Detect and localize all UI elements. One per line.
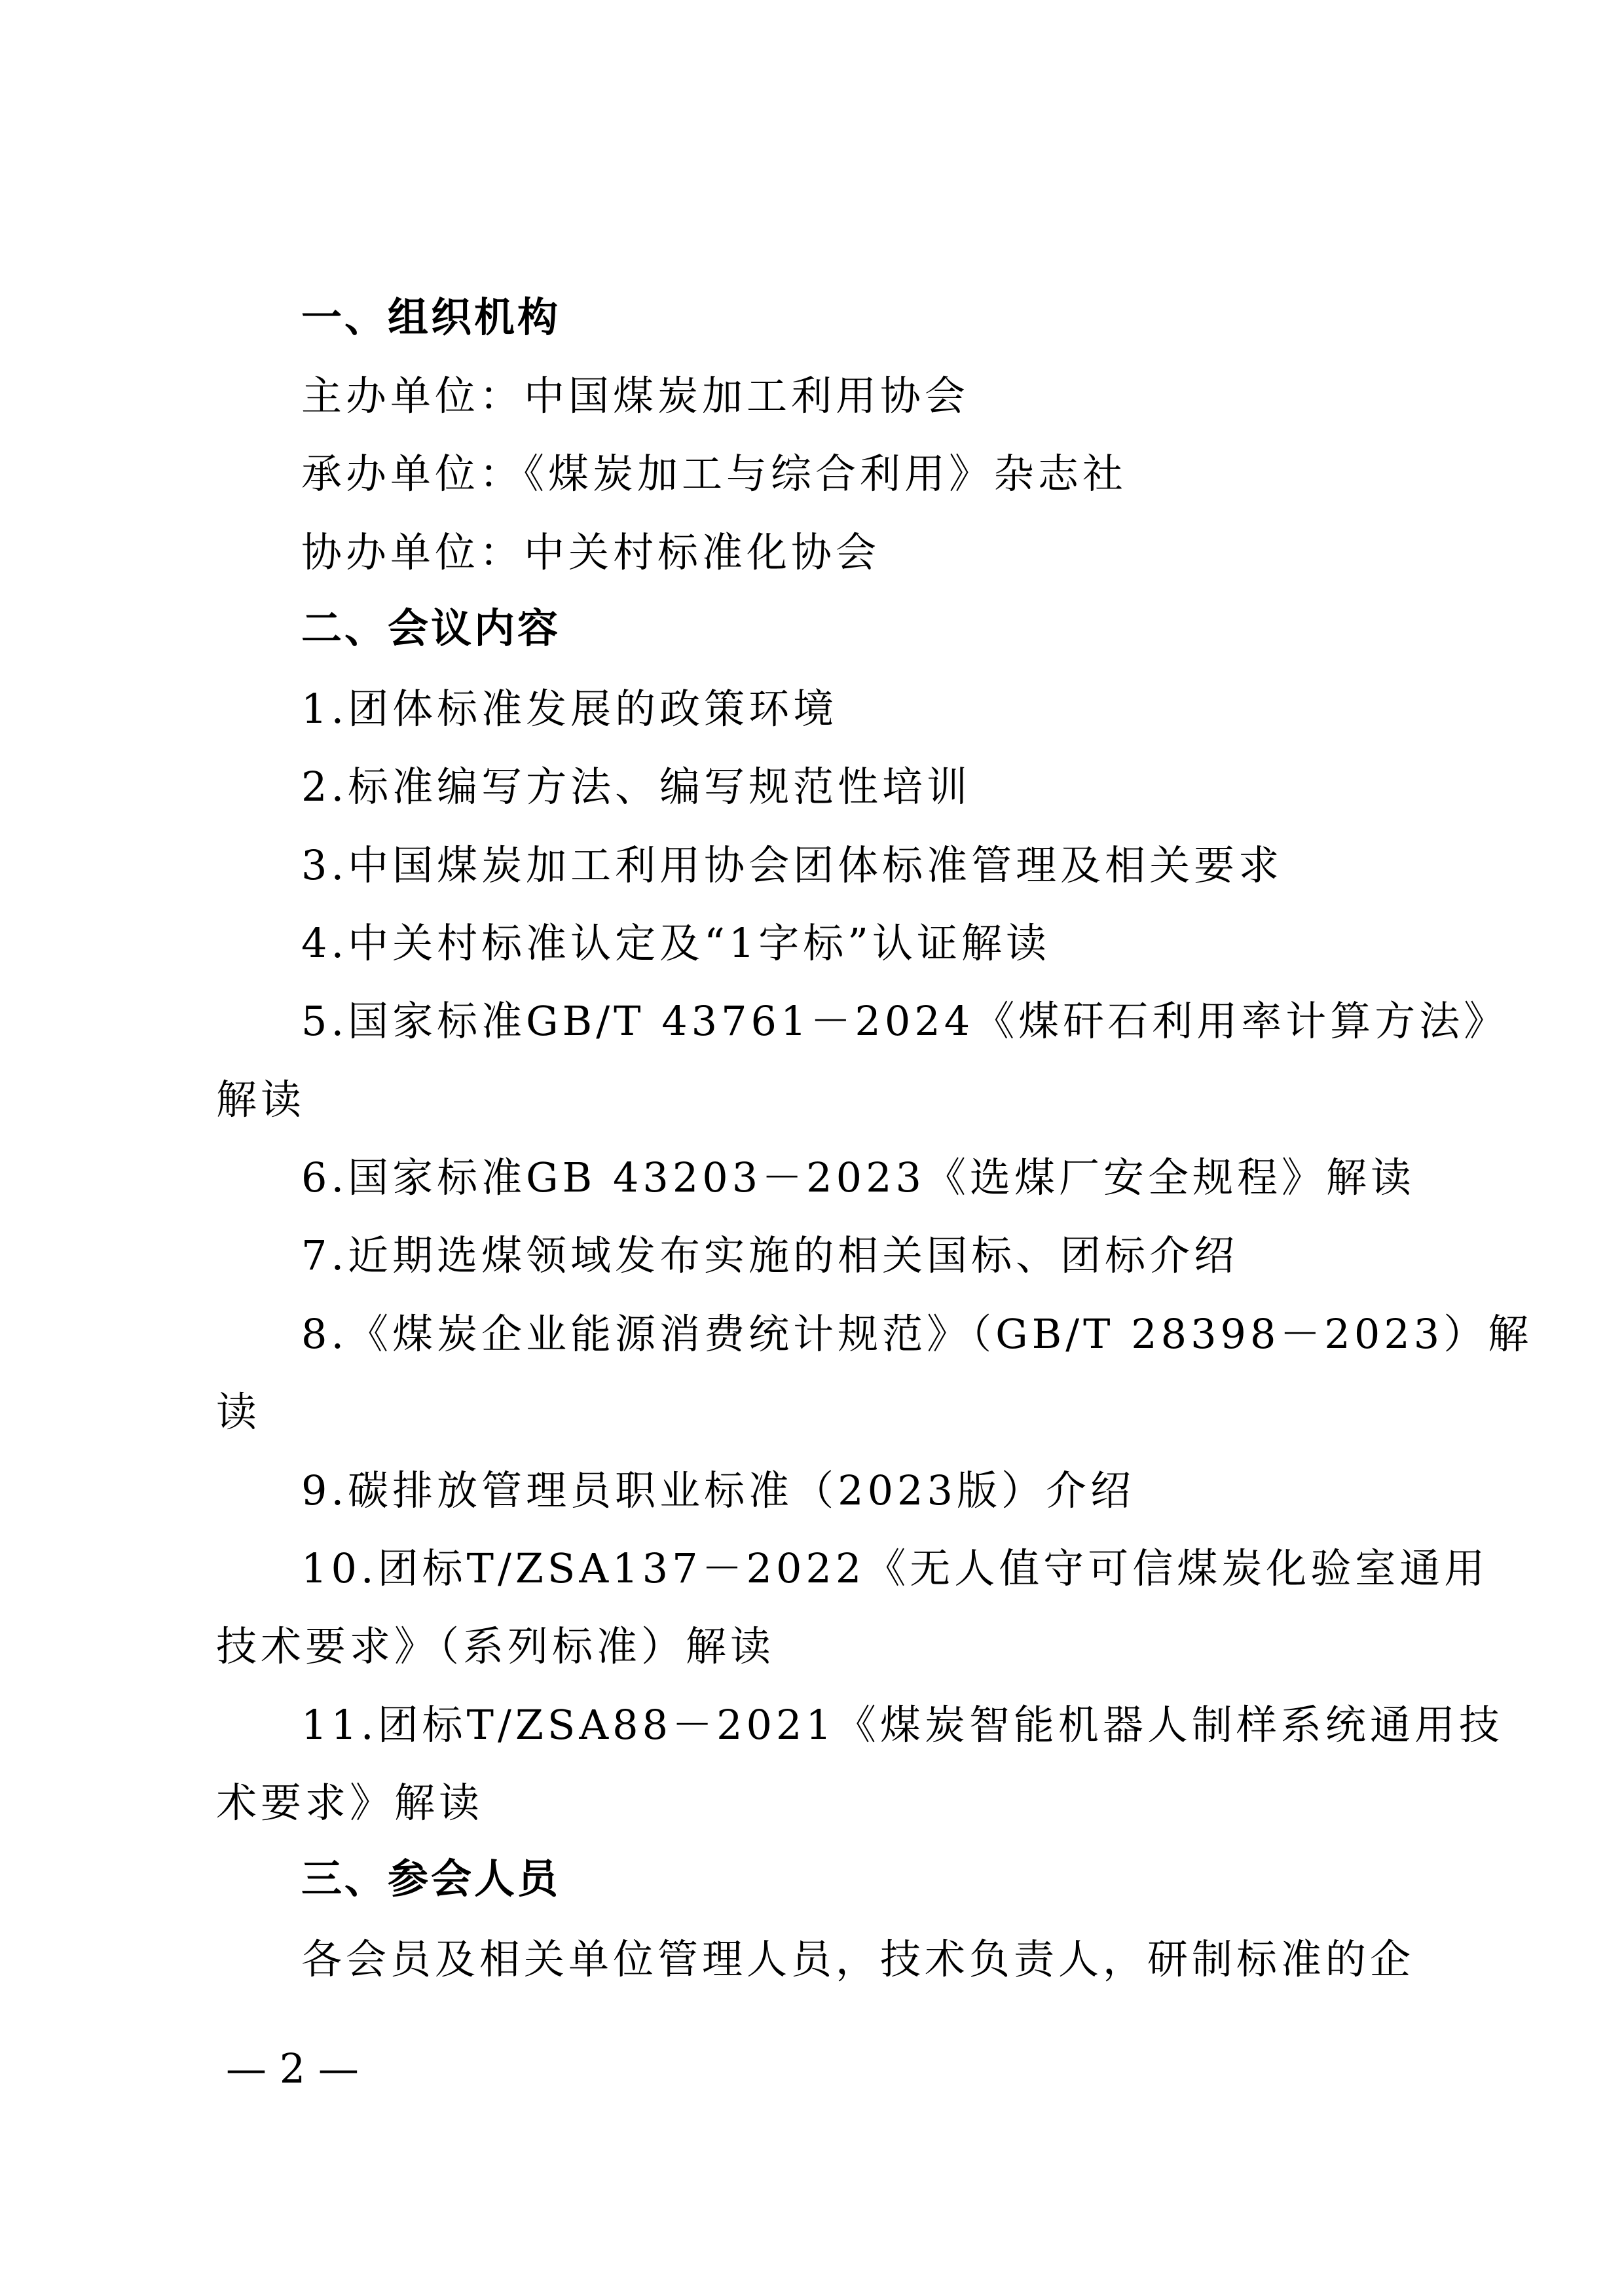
content-item-11: 11.团标T/ZSA88－2021《煤炭智能机器人制样系统通用技 [301, 1699, 1414, 1751]
content-item-6: 6.国家标准GB 43203－2023《选煤厂安全规程》解读 [301, 1152, 1414, 1204]
document-page: 一、组织机构 主办单位：中国煤炭加工利用协会 承办单位：《煤炭加工与综合利用》杂… [0, 0, 1624, 2296]
section-heading-attendees: 三、参会人员 [301, 1853, 1414, 1905]
page-number: — 2 — [226, 2043, 359, 2095]
content-item-8: 8.《煤炭企业能源消费统计规范》（GB/T 28398－2023）解 [301, 1308, 1414, 1360]
content-item-10-cont: 技术要求》（系列标准）解读 [216, 1620, 1414, 1673]
content-item-2: 2.标准编写方法、编写规范性培训 [301, 761, 1414, 813]
content-item-9: 9.碳排放管理员职业标准（2023版）介绍 [301, 1465, 1414, 1517]
content-item-4: 4.中关村标准认定及“1字标”认证解读 [301, 917, 1414, 970]
co-organizer-unit: 协办单位：中关村标准化协会 [301, 526, 1414, 579]
content-item-1: 1.团体标准发展的政策环境 [301, 683, 1414, 735]
section-heading-organization: 一、组织机构 [301, 291, 1414, 344]
content-item-5: 5.国家标准GB/T 43761－2024《煤矸石利用率计算方法》 [301, 995, 1414, 1048]
content-item-10: 10.团标T/ZSA137－2022《无人值守可信煤炭化验室通用 [301, 1542, 1414, 1595]
content-item-7: 7.近期选煤领域发布实施的相关国标、团标介绍 [301, 1230, 1414, 1282]
content-item-3: 3.中国煤炭加工利用协会团体标准管理及相关要求 [301, 839, 1414, 892]
organizer-unit: 承办单位：《煤炭加工与综合利用》杂志社 [301, 448, 1414, 500]
section-heading-content: 二、会议内容 [301, 602, 1414, 655]
content-item-5-cont: 解读 [216, 1074, 1414, 1126]
content-item-8-cont: 读 [216, 1386, 1414, 1438]
host-unit: 主办单位：中国煤炭加工利用协会 [301, 370, 1414, 422]
attendees-text: 各会员及相关单位管理人员，技术负责人，研制标准的企 [301, 1933, 1414, 1986]
content-item-11-cont: 术要求》解读 [216, 1777, 1414, 1829]
